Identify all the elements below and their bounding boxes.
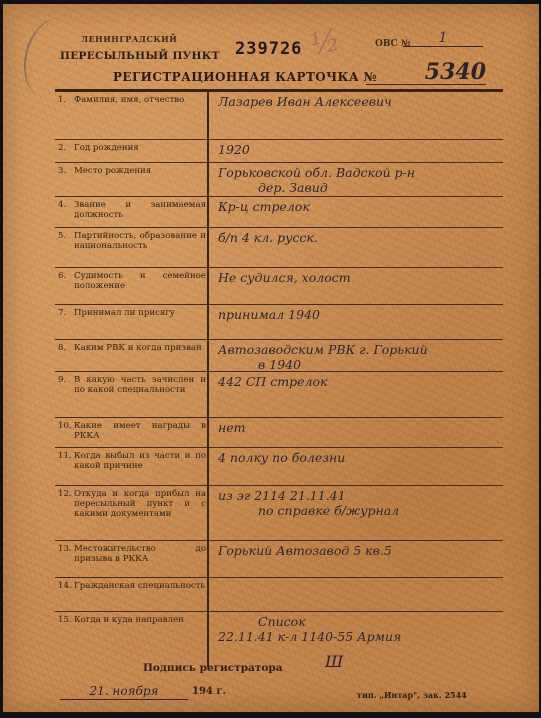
field-label-text: Год рождения — [74, 143, 206, 153]
field-value-note: Список — [218, 614, 503, 629]
field-label: 1.Фамилия, имя, отчество — [58, 95, 206, 105]
field-row: 6.Судимость и семейное положениеНе судил… — [55, 268, 503, 305]
field-label-text: Когда и куда направлен — [74, 615, 206, 625]
field-row: 3.Место рожденияГорьковской обл. Вадской… — [55, 163, 503, 197]
field-value: 4 полку по болезни — [218, 450, 503, 465]
field-row: 10.Какие имеет награды в РККАнет — [55, 418, 503, 448]
field-number: 5. — [58, 231, 74, 251]
field-row: 13.Местожительство до призыва в РККАГорь… — [55, 541, 503, 578]
field-label: 6.Судимость и семейное положение — [58, 271, 206, 291]
card-number: 5340 — [366, 62, 486, 85]
field-number: 6. — [58, 271, 74, 291]
field-value-line1: нет — [218, 420, 245, 435]
field-label: 10.Какие имеет награды в РККА — [58, 421, 206, 441]
field-value-line1: Горький Автозавод 5 кв.5 — [218, 543, 392, 558]
date-year: 194 г. — [192, 686, 226, 697]
field-label-text: Гражданская специальность — [74, 581, 206, 591]
header-city: ЛЕНИНГРАДСКИЙ — [81, 34, 177, 44]
field-row: 5.Партийность, образование и национально… — [55, 228, 503, 268]
field-value-line1: б/п 4 кл. русск. — [218, 230, 318, 245]
field-value-line1: из эг 2114 21.11.41 — [218, 488, 346, 503]
field-number: 10. — [58, 421, 74, 441]
field-number: 4. — [58, 200, 74, 220]
field-label: 2.Год рождения — [58, 143, 206, 153]
card-title: РЕГИСТРАЦИОННАЯ КАРТОЧКА № — [113, 70, 377, 84]
field-row: 8.Каким РВК и когда призванАвтозаводским… — [55, 340, 503, 372]
printer-imprint: тип. „Интар", зак. 2544 — [357, 690, 467, 700]
field-label-text: Когда выбыл из части и по какой причине — [74, 451, 206, 471]
field-label-text: Место рождения — [74, 166, 206, 176]
field-value: нет — [218, 420, 503, 435]
header-transit-point: ПЕРЕСЫЛЬНЫЙ ПУНКТ — [60, 50, 220, 62]
field-value: Горький Автозавод 5 кв.5 — [218, 543, 503, 558]
field-label: 12.Откуда и когда прибыл на пересыльный … — [58, 489, 206, 519]
field-label: 15.Когда и куда направлен — [58, 615, 206, 625]
field-label: 4.Звание и занимаемая должность — [58, 200, 206, 220]
field-label: 14.Гражданская специальность — [58, 581, 206, 591]
field-label: 8.Каким РВК и когда призван — [58, 343, 206, 353]
field-label-text: Откуда и когда прибыл на пересыльный пун… — [74, 489, 206, 519]
field-number: 7. — [58, 308, 74, 318]
field-value: Кр-ц стрелок — [218, 199, 503, 214]
field-value-line2: в 1940 — [218, 357, 503, 372]
field-value: Автозаводским РВК г. Горькийв 1940 — [218, 342, 503, 372]
field-value-line1: 442 СП стрелок — [218, 374, 327, 389]
field-label-text: Какие имеет награды в РККА — [74, 421, 206, 441]
field-label-text: Принимал ли присягу — [74, 308, 206, 318]
field-value-line1: Кр-ц стрелок — [218, 199, 310, 214]
field-label: 9.В какую часть зачислен и по какой спец… — [58, 375, 206, 395]
field-label: 7.Принимал ли присягу — [58, 308, 206, 318]
field-value-line1: Лазарев Иван Алексеевич — [218, 94, 392, 109]
field-number: 3. — [58, 166, 74, 176]
field-label-text: Фамилия, имя, отчество — [74, 95, 206, 105]
field-label-text: Местожительство до призыва в РККА — [74, 544, 206, 564]
field-number: 1. — [58, 95, 74, 105]
ovs-value: 1 — [403, 30, 483, 47]
field-value: Не судился, холост — [218, 270, 503, 285]
field-value: б/п 4 кл. русск. — [218, 230, 503, 245]
field-number: 2. — [58, 143, 74, 153]
field-number: 12. — [58, 489, 74, 519]
field-value-line1: 1920 — [218, 142, 250, 157]
field-value-line1: 22.11.41 к-л 1140-55 Армия — [218, 629, 401, 644]
field-value: Лазарев Иван Алексеевич — [218, 94, 503, 109]
signature: Ш — [325, 652, 343, 671]
field-label: 3.Место рождения — [58, 166, 206, 176]
field-value: 442 СП стрелок — [218, 374, 503, 389]
field-number: 11. — [58, 451, 74, 471]
field-label-text: Каким РВК и когда призван — [74, 343, 206, 353]
field-row: 11.Когда выбыл из части и по какой причи… — [55, 448, 503, 486]
field-value-line2: дер. Завид — [218, 180, 503, 195]
field-value-line1: Горьковской обл. Вадской р-н — [218, 165, 415, 180]
field-label-text: Звание и занимаемая должность — [74, 200, 206, 220]
field-label: 13.Местожительство до призыва в РККА — [58, 544, 206, 564]
field-value: принимал 1940 — [218, 307, 503, 322]
field-label: 11.Когда выбыл из части и по какой причи… — [58, 451, 206, 471]
field-value-line1: 4 полку по болезни — [218, 450, 345, 465]
field-value-line2: по справке б/журнал — [218, 503, 503, 518]
field-value-line1: Не судился, холост — [218, 270, 351, 285]
field-number: 8. — [58, 343, 74, 353]
field-number: 15. — [58, 615, 74, 625]
field-label: 5.Партийность, образование и национально… — [58, 231, 206, 251]
field-row: 4.Звание и занимаемая должностьКр-ц стре… — [55, 197, 503, 228]
field-value: Горьковской обл. Вадской р-ндер. Завид — [218, 165, 503, 195]
signature-label: Подпись регистратора — [143, 662, 283, 674]
date-value: 21. ноября — [60, 684, 188, 700]
field-row: 12.Откуда и когда прибыл на пересыльный … — [55, 486, 503, 541]
field-number: 9. — [58, 375, 74, 395]
field-number: 13. — [58, 544, 74, 564]
field-label-text: В какую часть зачислен и по какой специа… — [74, 375, 206, 395]
field-value-line1: Автозаводским РВК г. Горький — [218, 342, 428, 357]
field-value-line1: принимал 1940 — [218, 307, 320, 322]
field-value: Список22.11.41 к-л 1140-55 Армия — [218, 614, 503, 644]
field-label-text: Судимость и семейное положение — [74, 271, 206, 291]
field-value: 1920 — [218, 142, 503, 157]
field-number: 14. — [58, 581, 74, 591]
field-value: из эг 2114 21.11.41по справке б/журнал — [218, 488, 503, 518]
field-row: 15.Когда и куда направленСписок22.11.41 … — [55, 612, 503, 644]
field-row: 1.Фамилия, имя, отчествоЛазарев Иван Але… — [55, 92, 503, 140]
field-row: 2.Год рождения1920 — [55, 140, 503, 163]
field-row: 14.Гражданская специальность — [55, 578, 503, 612]
field-label-text: Партийность, образование и национальност… — [74, 231, 206, 251]
serial-number: 239726 — [235, 39, 302, 59]
field-row: 9.В какую часть зачислен и по какой спец… — [55, 372, 503, 418]
field-row: 7.Принимал ли присягупринимал 1940 — [55, 305, 503, 340]
